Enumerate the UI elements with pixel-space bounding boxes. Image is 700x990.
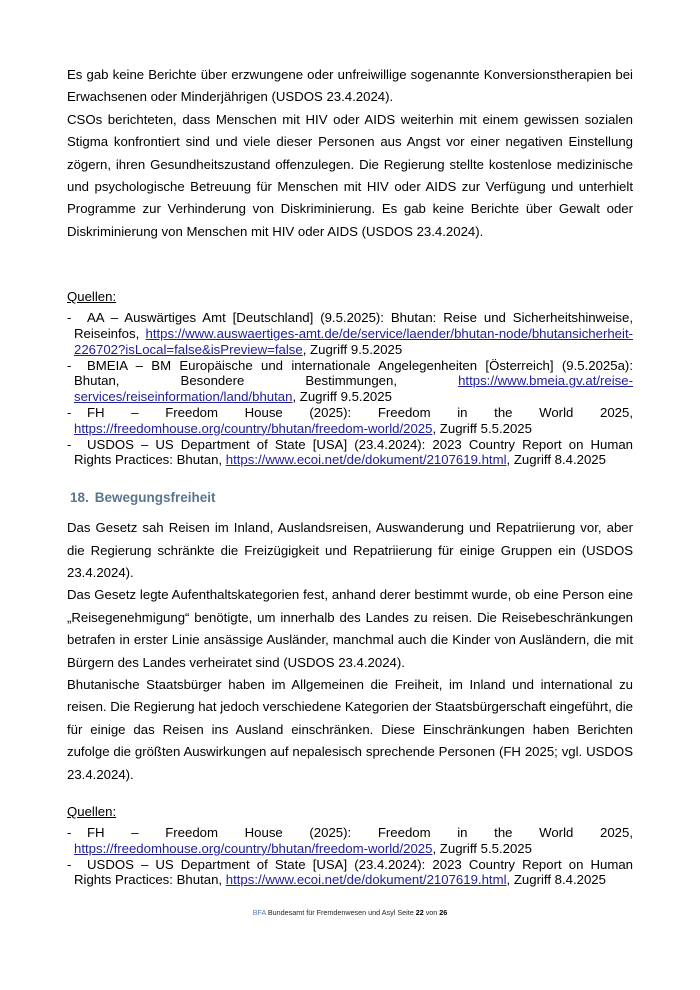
source-item: -BMEIA – BM Europäische und internationa… xyxy=(67,358,633,405)
source-item: -FH – Freedom House (2025): Freedom in t… xyxy=(67,405,633,437)
paragraph: Bhutanische Staatsbürger haben im Allgem… xyxy=(67,674,633,786)
paragraph: Das Gesetz sah Reisen im Inland, Ausland… xyxy=(67,517,633,584)
paragraph: Das Gesetz legte Aufenthaltskategorien f… xyxy=(67,584,633,674)
sources-label: Quellen: xyxy=(67,804,633,820)
source-item: -AA – Auswärtiges Amt [Deutschland] (9.5… xyxy=(67,310,633,357)
document-page: Es gab keine Berichte über erzwungene od… xyxy=(67,64,633,888)
section-heading: 18.Bewegungsfreiheit xyxy=(67,490,633,506)
page-total: 26 xyxy=(439,908,447,917)
source-link[interactable]: https://freedomhouse.org/country/bhutan/… xyxy=(74,841,432,856)
bfa-logo: BFA xyxy=(253,908,266,917)
source-link[interactable]: https://www.ecoi.net/de/dokument/2107619… xyxy=(226,872,507,887)
source-list: -AA – Auswärtiges Amt [Deutschland] (9.5… xyxy=(67,310,633,468)
page-number: 22 xyxy=(416,908,424,917)
source-link[interactable]: https://freedomhouse.org/country/bhutan/… xyxy=(74,421,432,436)
source-item: -USDOS – US Department of State [USA] (2… xyxy=(67,857,633,889)
page-footer: BFA Bundesamt für Fremdenwesen und Asyl … xyxy=(0,908,700,917)
source-list: -FH – Freedom House (2025): Freedom in t… xyxy=(67,825,633,888)
source-item: -USDOS – US Department of State [USA] (2… xyxy=(67,437,633,469)
paragraph: CSOs berichteten, dass Menschen mit HIV … xyxy=(67,109,633,243)
paragraph: Es gab keine Berichte über erzwungene od… xyxy=(67,64,633,109)
source-link[interactable]: https://www.ecoi.net/de/dokument/2107619… xyxy=(226,452,507,467)
source-item: -FH – Freedom House (2025): Freedom in t… xyxy=(67,825,633,857)
sources-label: Quellen: xyxy=(67,289,633,305)
